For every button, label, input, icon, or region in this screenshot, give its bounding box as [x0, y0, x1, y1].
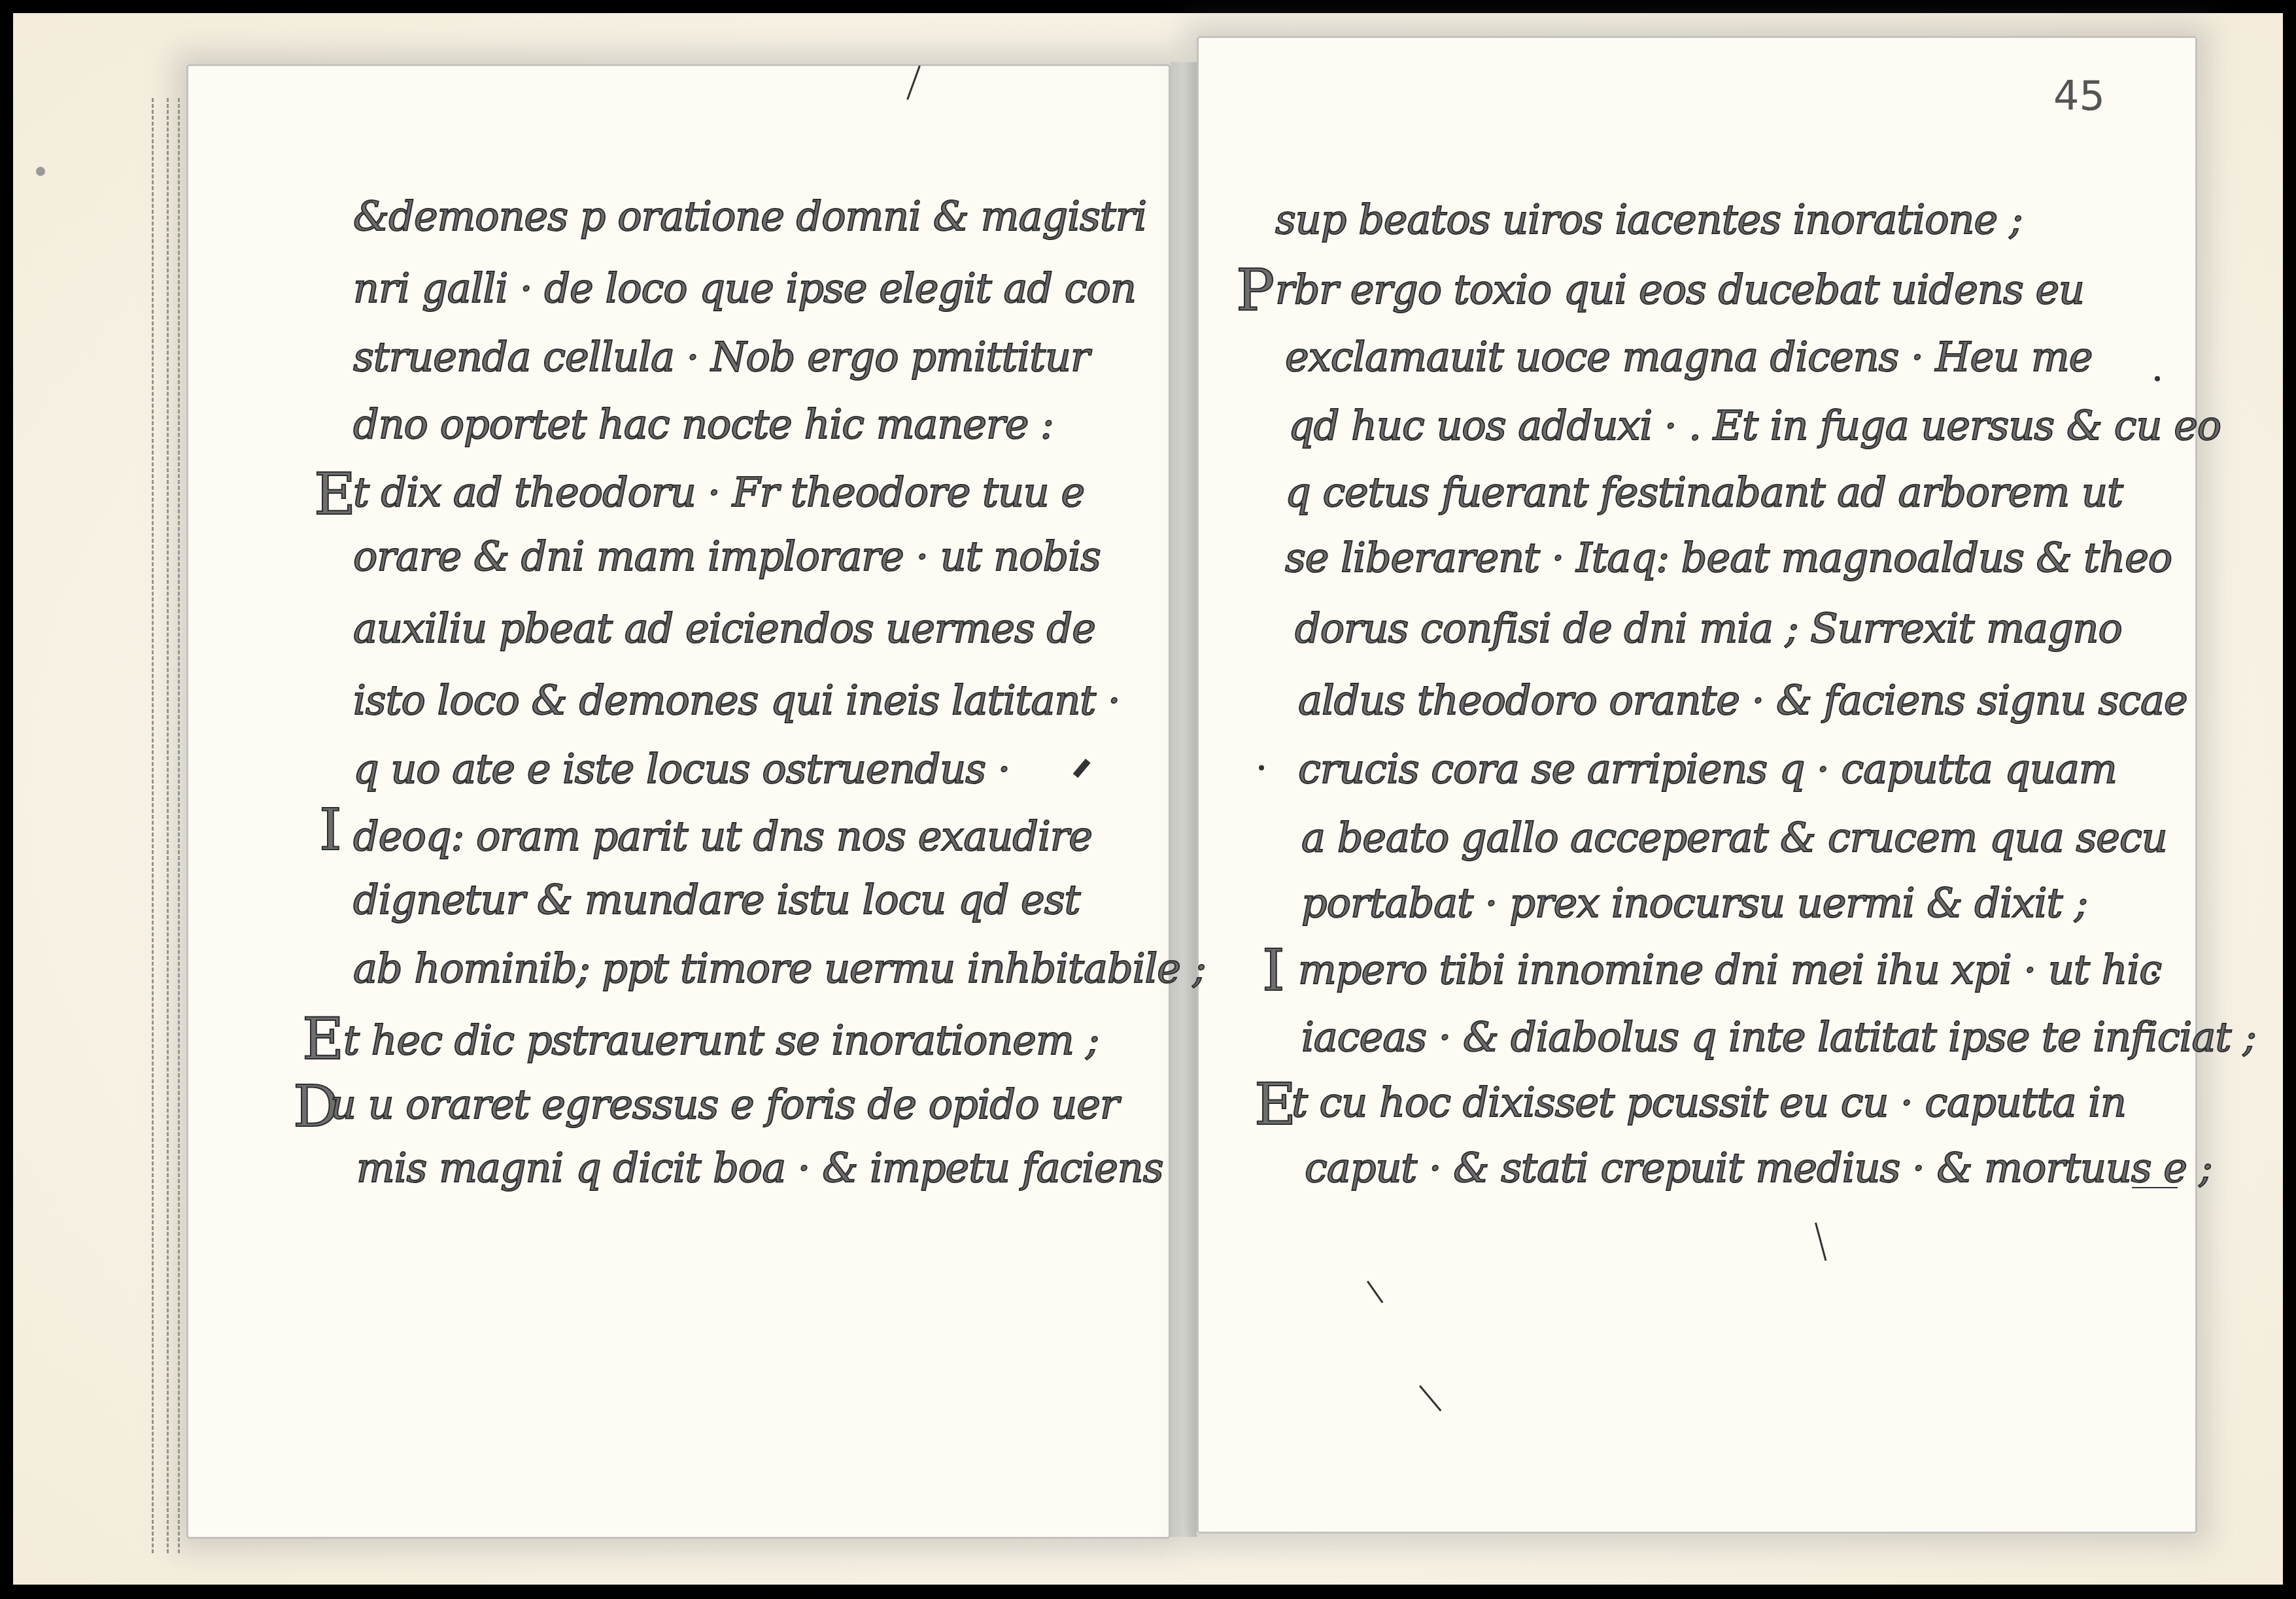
book-gutter: [1171, 62, 1197, 1537]
manuscript-line: se liberarent · Itaq: beat magnoaldus & …: [1285, 538, 2172, 578]
manuscript-line: mis magni q dicit boa · & impetu faciens: [356, 1148, 1163, 1188]
initial-capital: P: [1236, 262, 1275, 319]
manuscript-line: nri galli · de loco que ipse elegit ad c…: [353, 268, 1136, 309]
leaf-edge: [178, 98, 185, 1553]
manuscript-line: qd huc uos adduxi · . Et in fuga uersus …: [1288, 405, 2221, 446]
manuscript-line: orare & dni mam implorare · ut nobis: [353, 536, 1101, 577]
manuscript-line: t hec dic pstrauerunt se inorationem ;: [343, 1020, 1099, 1061]
manuscript-line: t dix ad theodoru · Fr theodore tuu e: [353, 472, 1084, 513]
manuscript-line: crucis cora se arripiens q · caputta qua…: [1298, 749, 2117, 789]
manuscript-line: t cu hoc dixisset pcussit eu cu · caputt…: [1292, 1082, 2126, 1123]
manuscript-line: a beato gallo acceperat & crucem qua sec…: [1301, 817, 2167, 858]
manuscript-line: q cetus fuerant festinabant ad arborem u…: [1285, 472, 2123, 513]
ink-speck: [1259, 765, 1264, 770]
manuscript-line: mpero tibi innomine dni mei ihu xpi · ut…: [1298, 950, 2161, 990]
manuscript-line: ab hominib; ppt timore uermu inhbitabile…: [353, 948, 1206, 989]
manuscript-line: portabat · prex inocursu uermi & dixit ;: [1301, 883, 2087, 923]
initial-capital: I: [1262, 942, 1285, 999]
initial-capital: I: [319, 801, 342, 859]
manuscript-line: sup beatos uiros iacentes inoratione ;: [1275, 199, 2023, 240]
leaf-edge: [167, 98, 174, 1553]
manuscript-line: dignetur & mundare istu locu qd est: [353, 880, 1080, 920]
initial-capital: E: [314, 466, 356, 523]
folio-number: 45: [2053, 72, 2105, 120]
initial-capital: E: [1254, 1076, 1296, 1133]
ink-speck: [36, 167, 45, 176]
stray-mark: [2132, 1187, 2178, 1188]
manuscript-line: q uo ate e iste locus ostruendus ·: [353, 749, 1010, 789]
manuscript-line: dorus confisi de dni mia ; Surrexit magn…: [1295, 608, 2122, 649]
manuscript-line: &demones p oratione domni & magistri: [353, 196, 1146, 237]
manuscript-line: isto loco & demones qui ineis latitant ·: [353, 680, 1120, 721]
manuscript-line: dno oportet hac nocte hic manere :: [353, 404, 1054, 445]
manuscript-line: rbr ergo toxio qui eos ducebat uidens eu: [1275, 269, 2084, 310]
ink-speck: [2151, 971, 2157, 976]
manuscript-line: aldus theodoro orante · & faciens signu …: [1298, 680, 2187, 721]
manuscript-line: struenda cellula · Nob ergo pmittitur: [353, 337, 1089, 377]
initial-capital: E: [302, 1010, 344, 1068]
manuscript-line: exclamauit uoce magna dicens · Heu me: [1285, 337, 2092, 377]
manuscript-line: auxiliu pbeat ad eiciendos uermes de: [353, 608, 1095, 649]
manuscript-line: u u oraret egressus e foris de opido uer: [330, 1084, 1119, 1125]
leaf-edge: [152, 98, 159, 1553]
manuscript-line: iaceas · & diabolus q inte latitat ipse …: [1301, 1017, 2256, 1057]
manuscript-line: deoq: oram parit ut dns nos exaudire: [353, 816, 1092, 857]
manuscript-line: caput · & stati crepuit medius · & mortu…: [1305, 1148, 2212, 1188]
ink-speck: [2155, 376, 2160, 381]
